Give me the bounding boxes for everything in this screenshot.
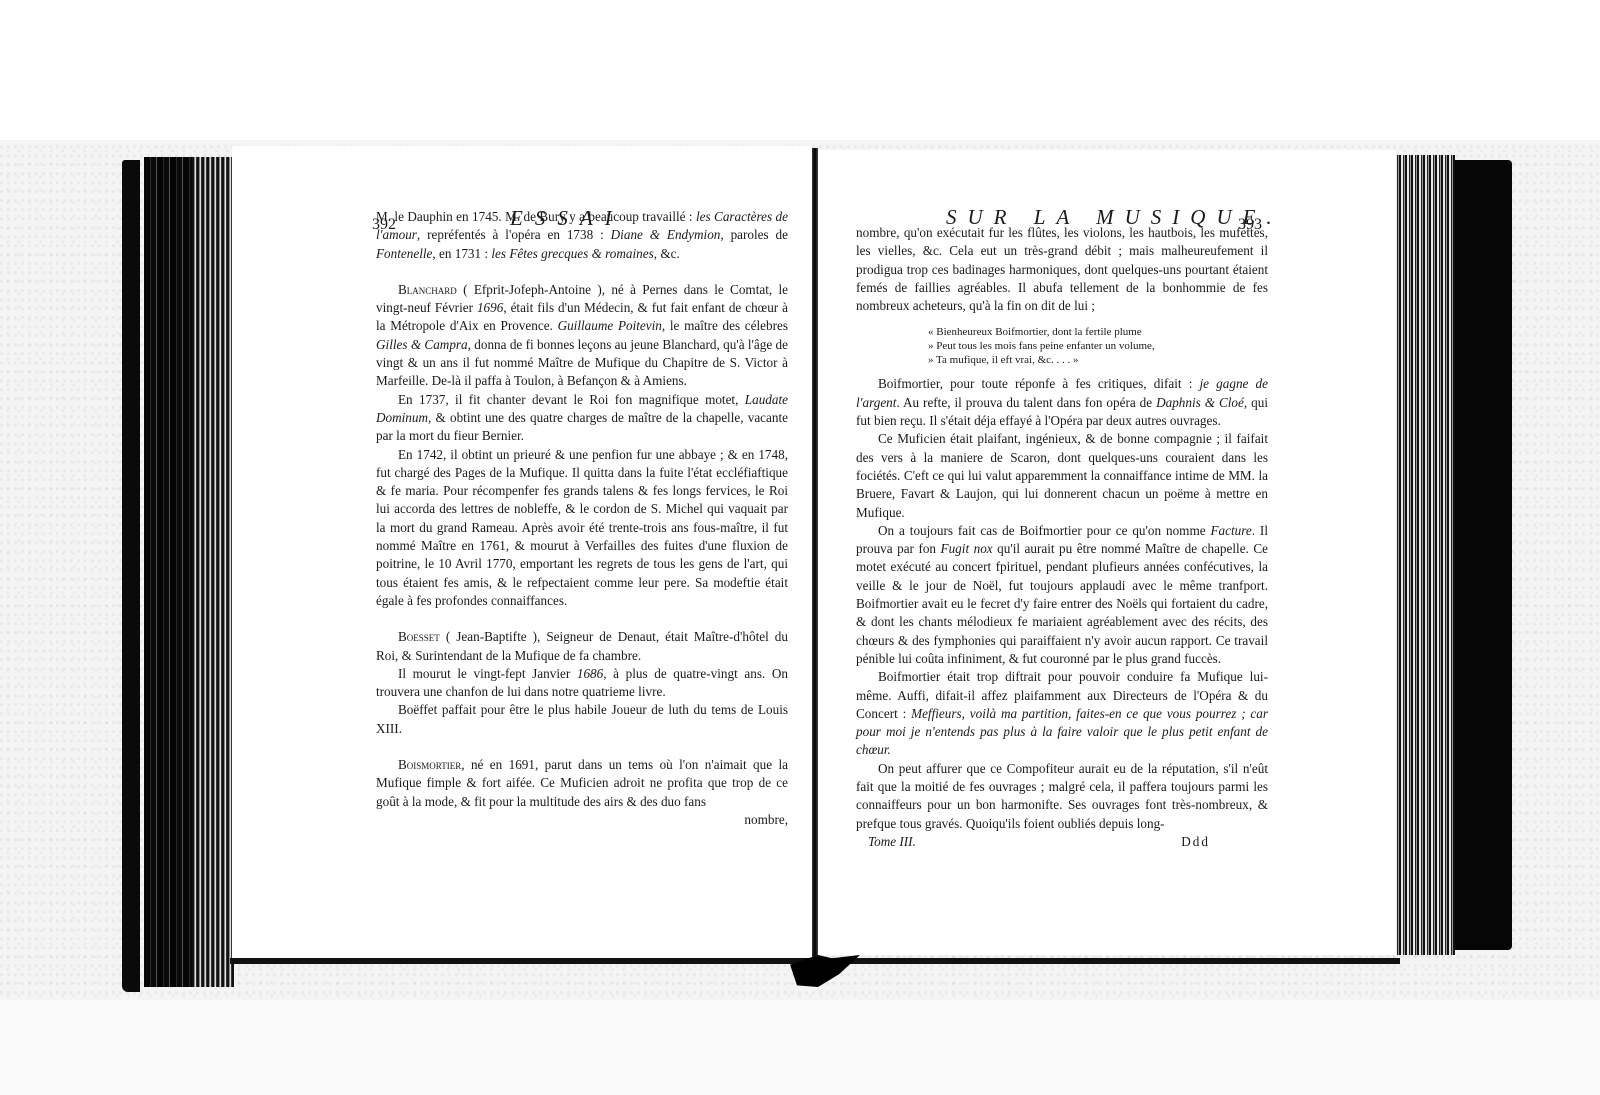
paragraph: Il mourut le vingt-fept Janvier 1686, à … bbox=[376, 665, 788, 702]
paragraph: Boesset ( Jean-Baptifte ), Seigneur de D… bbox=[376, 628, 788, 665]
paragraph: En 1737, il fit chanter devant le Roi fo… bbox=[376, 391, 788, 446]
paragraph: Ce Muficien était plaifant, ingénieux, &… bbox=[856, 430, 1268, 521]
page-edges-right bbox=[1395, 155, 1455, 955]
verse-line: « Bienheureux Boifmortier, dont la ferti… bbox=[928, 325, 1268, 339]
paragraph: M. le Dauphin en 1745. M. de Bury y a be… bbox=[376, 208, 788, 263]
page-edges-left bbox=[144, 157, 234, 987]
right-paragraphs-after-verse: Boifmortier, pour toute réponfe à fes cr… bbox=[856, 375, 1268, 832]
right-text-column: nombre, qu'on exécutait fur les flûtes, … bbox=[856, 224, 1268, 851]
right-page: SUR LA MUSIQUE. 393 nombre, qu'on exécut… bbox=[818, 150, 1396, 955]
paragraph: Blanchard ( Efprit-Jofeph-Antoine ), né … bbox=[376, 281, 788, 391]
page-footer: Tome III. Ddd bbox=[856, 833, 1268, 851]
left-page: 392 ESSAI M. le Dauphin en 1745. M. de B… bbox=[232, 146, 812, 958]
signature-mark: Ddd bbox=[1181, 833, 1210, 851]
left-text-column: M. le Dauphin en 1745. M. de Bury y a be… bbox=[376, 208, 788, 829]
paragraph: Boëffet paffait pour être le plus habile… bbox=[376, 701, 788, 738]
scan-margin-top bbox=[0, 0, 1600, 140]
verse-line: » Peut tous les mois fans peine enfanter… bbox=[928, 339, 1268, 353]
verse-quotation: « Bienheureux Boifmortier, dont la ferti… bbox=[928, 325, 1268, 367]
catchword: nombre, bbox=[376, 811, 788, 829]
paragraph: On a toujours fait cas de Boifmortier po… bbox=[856, 522, 1268, 668]
book-cover-left bbox=[122, 160, 140, 992]
paragraph: Boismortier, né en 1691, parut dans un t… bbox=[376, 756, 788, 811]
paragraph: Boifmortier, pour toute réponfe à fes cr… bbox=[856, 375, 1268, 430]
right-paragraphs-before-verse: nombre, qu'on exécutait fur les flûtes, … bbox=[856, 224, 1268, 315]
paragraph: On peut affurer que ce Compofiteur aurai… bbox=[856, 760, 1268, 833]
paragraph: Boifmortier était trop diftrait pour pou… bbox=[856, 668, 1268, 759]
paragraph: En 1742, il obtint un prieuré & une penf… bbox=[376, 446, 788, 611]
volume-label: Tome III. bbox=[868, 833, 916, 851]
paragraph: nombre, qu'on exécutait fur les flûtes, … bbox=[856, 224, 1268, 315]
book-cover-right bbox=[1452, 160, 1512, 950]
scan-margin-bottom bbox=[0, 1000, 1600, 1095]
verse-line: » Ta mufique, il eft vrai, &c. . . . » bbox=[928, 353, 1268, 367]
left-paragraphs: M. le Dauphin en 1745. M. de Bury y a be… bbox=[376, 208, 788, 811]
